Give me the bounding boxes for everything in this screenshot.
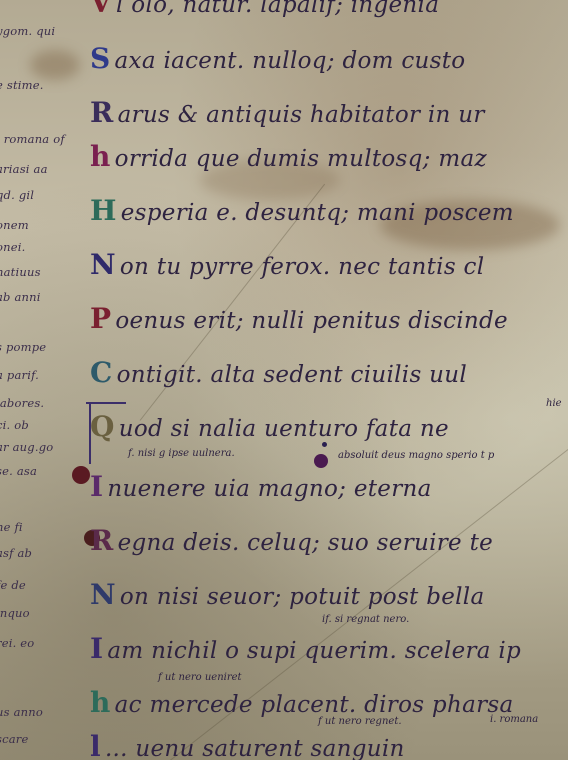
- line-text: oenus erit; nulli penitus discinde: [115, 308, 508, 334]
- text-line: Rarus & antiquis habitator in ur: [90, 96, 485, 129]
- margin-gloss: , romana of: [0, 132, 65, 146]
- left-margin-glosses: ygom. qui e stime. , romana of ariasi aa…: [0, 0, 82, 760]
- line-text: orrida que dumis multosq; maz: [115, 146, 487, 172]
- interlinear-gloss: absoluit deus magno sperio t p: [338, 450, 494, 461]
- line-text: l olo, natur. lapalif; ingenia: [116, 0, 439, 18]
- initial-letter: V: [90, 0, 112, 19]
- initial-letter: C: [90, 356, 113, 389]
- initial-letter: R: [90, 524, 114, 557]
- line-text: nuenere uia magno; eterna: [107, 476, 431, 502]
- line-text: on tu pyrre ferox. nec tantis cl: [120, 254, 484, 280]
- initial-letter: h: [90, 686, 111, 719]
- initial-letter: h: [90, 140, 111, 173]
- bracket-mark: [86, 402, 126, 404]
- margin-gloss: onem: [0, 218, 29, 232]
- line-text: am nichil o supi querim. scelera ip: [107, 638, 521, 664]
- text-line: Contigit. alta sedent ciuilis uul: [90, 356, 467, 389]
- text-line: Vl olo, natur. lapalif; ingenia: [90, 0, 439, 19]
- manuscript-page: ygom. qui e stime. , romana of ariasi aa…: [0, 0, 568, 760]
- interlinear-gloss: f ut nero regnet.: [318, 716, 402, 727]
- line-text: ... uenu saturent sanguin: [105, 736, 405, 760]
- text-line: Inuenere uia magno; eterna: [90, 470, 432, 503]
- initial-letter: H: [90, 194, 117, 227]
- margin-gloss: ab anni: [0, 290, 41, 304]
- line-text: axa iacent. nulloq; dom custo: [115, 48, 466, 74]
- interlinear-gloss: if. si regnat nero.: [322, 614, 409, 625]
- purple-paragraph-dot: [314, 454, 328, 468]
- margin-gloss: onei.: [0, 240, 25, 254]
- margin-gloss: natiuus: [0, 265, 41, 279]
- line-text: ac mercede placent. diros pharsa: [115, 692, 514, 718]
- line-text: esperia e. desuntq; mani poscem: [121, 200, 514, 226]
- text-line: Regna deis. celuq; suo seruire te: [90, 524, 493, 557]
- margin-gloss: ariasi aa: [0, 162, 48, 176]
- initial-letter: I: [90, 632, 103, 665]
- text-line: Non tu pyrre ferox. nec tantis cl: [90, 248, 484, 281]
- line-text: uod si nalia uenturo fata ne: [119, 416, 449, 442]
- text-line: Quod si nalia uenturo fata ne: [90, 410, 449, 443]
- text-line: Iam nichil o supi querim. scelera ip: [90, 632, 521, 665]
- line-text: ontigit. alta sedent ciuilis uul: [117, 362, 467, 388]
- initial-letter: P: [90, 302, 111, 335]
- initial-letter: l: [90, 730, 101, 760]
- initial-letter: R: [90, 96, 114, 129]
- initial-letter: N: [90, 248, 116, 281]
- line-text: on nisi seuor; potuit post bella: [120, 584, 485, 610]
- margin-gloss: labores.: [0, 396, 44, 410]
- interlinear-gloss: f. nisi g ipse uulnera.: [128, 448, 235, 459]
- red-paragraph-dot: [72, 466, 90, 484]
- margin-gloss: rei. eo: [0, 636, 34, 650]
- margin-gloss: s pompe: [0, 340, 46, 354]
- line-text: egna deis. celuq; suo seruire te: [118, 530, 493, 556]
- margin-gloss: ar aug.go: [0, 440, 53, 454]
- text-line: Hesperia e. desuntq; mani poscem: [90, 194, 514, 227]
- margin-gloss: a parif.: [0, 368, 39, 382]
- margin-gloss: qd. gil: [0, 188, 34, 202]
- margin-gloss: inquo: [0, 606, 30, 620]
- text-line: Saxa iacent. nulloq; dom custo: [90, 42, 465, 75]
- text-line: Non nisi seuor; potuit post bella: [90, 578, 484, 611]
- text-line: Poenus erit; nulli penitus discinde: [90, 302, 508, 335]
- text-line: l... uenu saturent sanguin: [90, 730, 405, 760]
- text-line: hac mercede placent. diros pharsa: [90, 686, 514, 719]
- initial-letter: I: [90, 470, 103, 503]
- margin-gloss: fe de: [0, 578, 26, 592]
- initial-letter: Q: [90, 410, 115, 443]
- line-text: arus & antiquis habitator in ur: [118, 102, 485, 128]
- margin-gloss: ne fi: [0, 520, 23, 534]
- text-line: horrida que dumis multosq; maz: [90, 140, 487, 173]
- margin-gloss: ci. ob: [0, 418, 29, 432]
- initial-letter: S: [90, 42, 111, 75]
- interlinear-gloss: f ut nero ueniret: [158, 672, 242, 683]
- margin-gloss: ygom. qui: [0, 24, 55, 38]
- interlinear-gloss: i. romana: [490, 714, 538, 725]
- margin-gloss: scare: [0, 732, 29, 746]
- margin-gloss: us anno: [0, 705, 43, 719]
- margin-gloss: asf ab: [0, 546, 32, 560]
- margin-gloss: e stime.: [0, 78, 44, 92]
- margin-gloss: se. asa: [0, 464, 37, 478]
- interlinear-gloss: hie: [546, 398, 562, 409]
- initial-letter: N: [90, 578, 116, 611]
